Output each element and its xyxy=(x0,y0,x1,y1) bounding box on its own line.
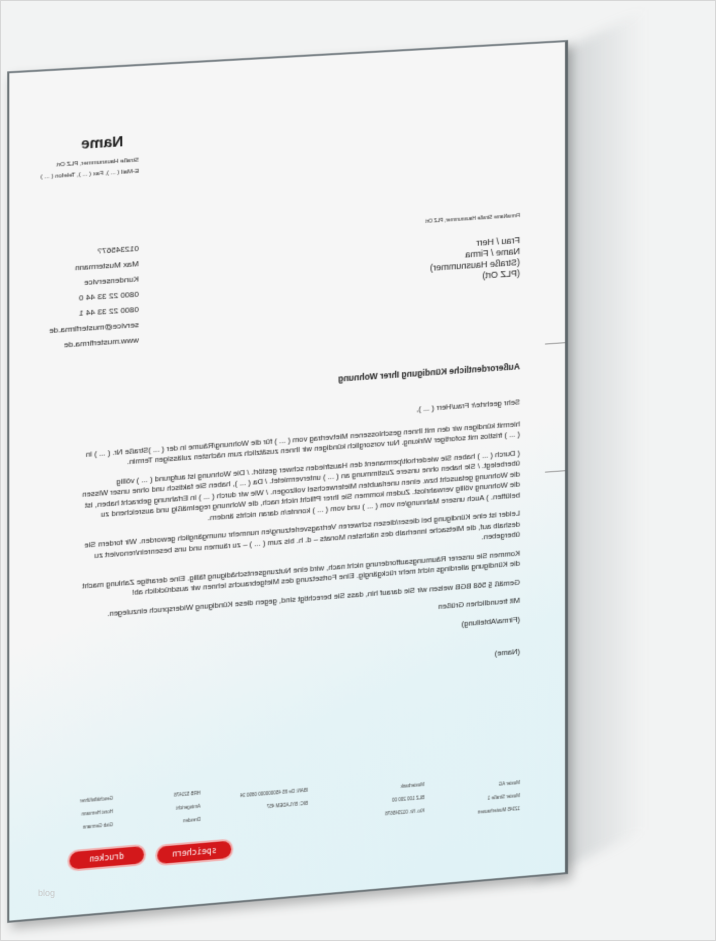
print-button[interactable]: drucken xyxy=(70,846,144,870)
sender-address: Straße Hausnummer, PLZ Ort xyxy=(56,158,138,169)
footer-text: Gisb Germann xyxy=(80,818,113,834)
footer-management: Geschäftsführer Horst Hermann Gisb Germa… xyxy=(80,792,113,834)
footer-text: Kto. Nr. 0123456?8 xyxy=(385,804,424,820)
recipient-block: Frau / Herr Name / Firma (Straße Hausnum… xyxy=(430,235,520,285)
footer-register: HRB 521478 Amtsgericht Dresden xyxy=(174,786,200,828)
subject-line: Außerordentliche Kündigung Ihrer Wohnung xyxy=(338,361,520,383)
footer-company: Muster AG Muster Straße 1 12345 Musterha… xyxy=(478,776,520,819)
sender-contact-line: E-Mail ( ... ), Fax ( ... ), Telefon ( .… xyxy=(41,169,139,181)
return-address: FirmaName Straße Hausnummer, PLZ Ort xyxy=(426,213,520,225)
contact-block: 01234567? Max Mustermann Kundenservice 0… xyxy=(46,241,139,354)
letter-page: Name Straße Hausnummer, PLZ Ort E-Mail (… xyxy=(7,40,568,923)
mirrored-content: Name Straße Hausnummer, PLZ Ort E-Mail (… xyxy=(9,42,565,921)
footer-bank: Musterbank BLZ 100 200 00 Kto. Nr. 01234… xyxy=(385,778,424,821)
sender-name: Name xyxy=(81,133,123,153)
fold-mark xyxy=(545,470,565,472)
footer-text: Dresden xyxy=(174,813,200,828)
footer-iban: IBAN: De 85 450000000 0890 34 BIC: BYLAD… xyxy=(240,784,308,816)
letter-body: Sehr geehrte/r Frau/Herr ( ... ), hiermi… xyxy=(82,397,520,700)
watermark: blog xyxy=(38,888,55,898)
footer-text: 12345 Musterhausen xyxy=(478,802,520,819)
fold-mark xyxy=(545,342,565,344)
save-button[interactable]: speichern xyxy=(157,841,231,865)
